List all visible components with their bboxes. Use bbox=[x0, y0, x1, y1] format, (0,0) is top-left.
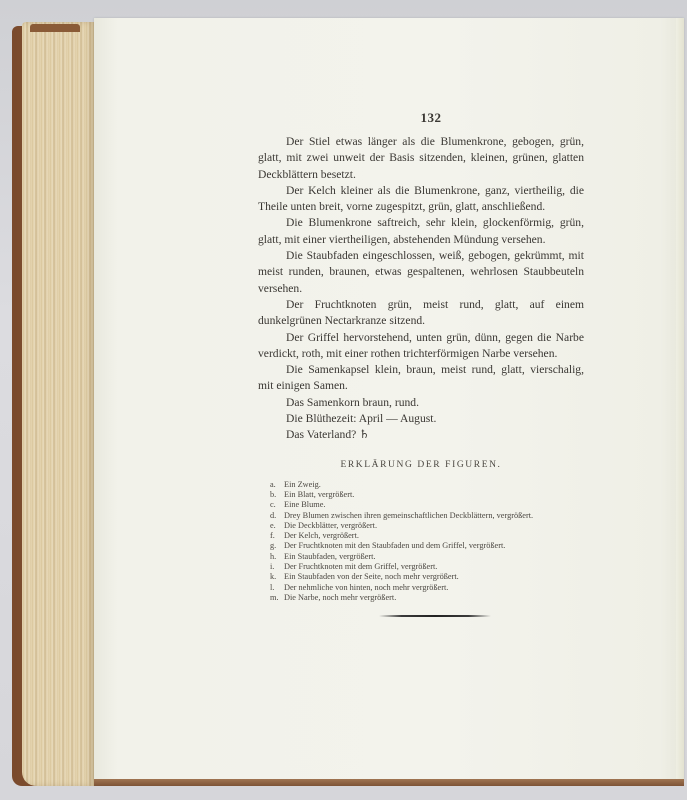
figure-text: Eine Blume. bbox=[284, 500, 325, 510]
figure-text: Der Fruchtknoten mit den Staubfaden und … bbox=[284, 541, 505, 551]
spine-top bbox=[30, 24, 80, 32]
figure-key: m. bbox=[270, 593, 284, 603]
figure-text: Ein Staubfaden von der Seite, noch mehr … bbox=[284, 572, 459, 582]
figure-item: k.Ein Staubfaden von der Seite, noch meh… bbox=[270, 572, 584, 582]
paragraph-fruchtknoten: Der Fruchtknoten grün, meist rund, glatt… bbox=[258, 297, 584, 330]
page-right-edge bbox=[676, 18, 684, 780]
figure-item: e.Die Deckblätter, vergrößert. bbox=[270, 521, 584, 531]
line-bluethezeit: Die Blüthezeit: April — August. bbox=[258, 411, 584, 427]
paragraph-blumenkrone: Die Blumenkrone saftreich, sehr klein, g… bbox=[258, 215, 584, 248]
line-samenkorn: Das Samenkorn braun, rund. bbox=[258, 395, 584, 411]
figure-text: Der nehmliche von hinten, noch mehr verg… bbox=[284, 583, 448, 593]
page-block-edges bbox=[22, 22, 94, 786]
figure-key: g. bbox=[270, 541, 284, 551]
figure-item: m.Die Narbe, noch mehr vergrößert. bbox=[270, 593, 584, 603]
line-vaterland: Das Vaterland? ♄ bbox=[258, 427, 584, 443]
paragraph-griffel: Der Griffel hervorstehend, unten grün, d… bbox=[258, 330, 584, 363]
decorative-rule bbox=[379, 615, 491, 617]
paragraph-kelch: Der Kelch kleiner als die Blumenkrone, g… bbox=[258, 183, 584, 216]
figure-item: d.Drey Blumen zwischen ihren gemeinschaf… bbox=[270, 511, 584, 521]
figure-item: i.Der Fruchtknoten mit dem Griffel, verg… bbox=[270, 562, 584, 572]
figures-list: a.Ein Zweig. b.Ein Blatt, vergrößert. c.… bbox=[258, 480, 584, 604]
figure-item: g.Der Fruchtknoten mit den Staubfaden un… bbox=[270, 541, 584, 551]
figure-key: c. bbox=[270, 500, 284, 510]
figure-text: Der Kelch, vergrößert. bbox=[284, 531, 359, 541]
figure-item: f.Der Kelch, vergrößert. bbox=[270, 531, 584, 541]
figure-item: a.Ein Zweig. bbox=[270, 480, 584, 490]
figure-key: k. bbox=[270, 572, 284, 582]
figure-text: Die Narbe, noch mehr vergrößert. bbox=[284, 593, 396, 603]
figure-key: f. bbox=[270, 531, 284, 541]
figure-key: h. bbox=[270, 552, 284, 562]
figure-key: l. bbox=[270, 583, 284, 593]
figure-item: l.Der nehmliche von hinten, noch mehr ve… bbox=[270, 583, 584, 593]
paragraph-stiel: Der Stiel etwas länger als die Blumenkro… bbox=[258, 134, 584, 183]
figure-text: Ein Blatt, vergrößert. bbox=[284, 490, 354, 500]
figure-key: i. bbox=[270, 562, 284, 572]
figure-item: h.Ein Staubfaden, vergrößert. bbox=[270, 552, 584, 562]
figure-key: a. bbox=[270, 480, 284, 490]
figure-item: b.Ein Blatt, vergrößert. bbox=[270, 490, 584, 500]
figure-text: Ein Staubfaden, vergrößert. bbox=[284, 552, 376, 562]
figure-text: Der Fruchtknoten mit dem Griffel, vergrö… bbox=[284, 562, 437, 572]
figure-text: Drey Blumen zwischen ihren gemeinschaftl… bbox=[284, 511, 533, 521]
figure-key: d. bbox=[270, 511, 284, 521]
figure-text: Ein Zweig. bbox=[284, 480, 321, 490]
page-number: 132 bbox=[278, 110, 584, 126]
figures-heading: ERKLÄRUNG DER FIGUREN. bbox=[258, 460, 584, 470]
figure-key: b. bbox=[270, 490, 284, 500]
page-content: 132 Der Stiel etwas länger als die Blume… bbox=[258, 110, 584, 617]
figure-item: c.Eine Blume. bbox=[270, 500, 584, 510]
paragraph-samenkapsel: Die Samenkapsel klein, braun, meist rund… bbox=[258, 362, 584, 395]
paragraph-staubfaden: Die Staubfaden eingeschlossen, weiß, geb… bbox=[258, 248, 584, 297]
figure-text: Die Deckblätter, vergrößert. bbox=[284, 521, 377, 531]
figure-key: e. bbox=[270, 521, 284, 531]
cover-bottom-edge bbox=[94, 779, 684, 786]
